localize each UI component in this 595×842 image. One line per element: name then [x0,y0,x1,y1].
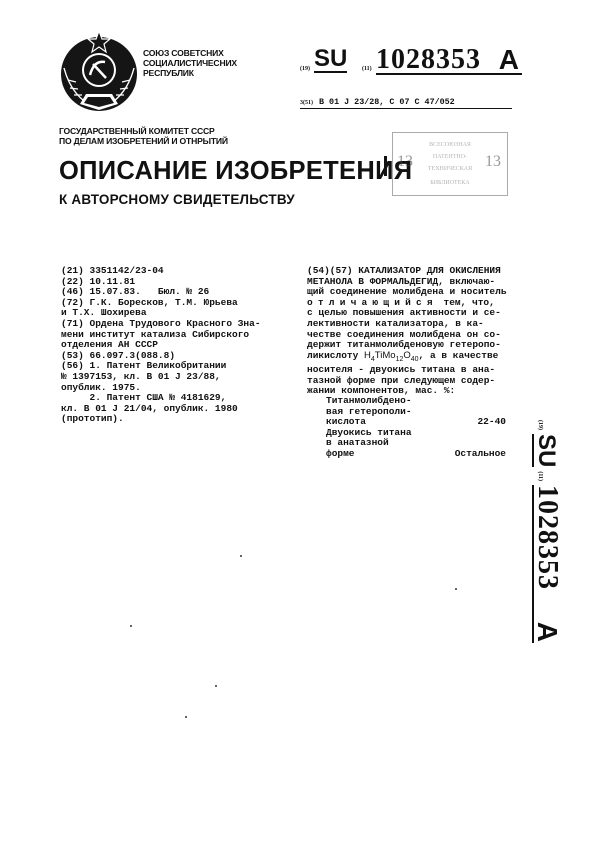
country-code-label: (19) [300,66,310,72]
library-stamp: 13 13 ВСЕСОЮЗНАЯ ПАТЕНТНО- ТЕХНИЧЕСКАЯ Б… [392,132,508,196]
component-name: Двуокись титанав анатазнойформе [326,428,436,460]
country-code-label: (19) [537,420,543,430]
biblio-line: (21) 3351142/23-04 [61,266,301,277]
claim-text: (54)(57) КАТАЛИЗАТОР ДЛЯ ОКИСЛЕНИЯ МЕТАН… [307,266,532,397]
ussr-state-emblem-icon [58,28,140,114]
biblio-line: № 1397153, кл. В 01 J 23/88, [61,372,301,383]
kind-code: A [499,46,520,73]
state-name-line: СОЮЗ СОВЕТСНИХ [143,48,237,58]
state-name: СОЮЗ СОВЕТСНИХ СОЦИАЛИСТИЧЕСНИХ РЕСПУБЛИ… [143,48,237,78]
stamp-text: ВСЕСОЮЗНАЯ [417,142,483,148]
document-title: ОПИСАНИЕ ИЗОБРЕТЕНИЯ [59,156,412,186]
patent-number: 1028353 A [376,46,522,75]
ipc-classes: B 01 J 23/28, C 07 C 47/052 [319,97,455,107]
chemical-formula: H4TiMo12O40 [364,350,419,361]
component-name-line: форме [326,449,436,460]
number-code-label: (11) [537,471,543,481]
state-name-line: СОЦИАЛИСТИЧЕСНИХ [143,58,237,68]
document-subtitle: К АВТОРСНОМУ СВИДЕТЕЛЬСТВУ [59,192,295,207]
stamp-mark [384,156,387,176]
composition-row: Двуокись титанав анатазнойформеОстальное [326,428,526,460]
kind-code: A [534,622,560,643]
composition-table: Титанмолибдено-вая гетерополи-кислота22-… [326,396,526,460]
component-name-line: Титанмолибдено- [326,396,436,407]
claim-fragment: тем, что, [438,297,495,308]
claim-fragment: , а в качестве [419,350,499,361]
committee-line: ГОСУДАРСТВЕННЫЙ КОМИТЕТ СССР [59,126,228,136]
biblio-line: (прототип). [61,414,301,425]
country-code: SU [532,434,558,467]
stamp-text: БИБЛИОТЕКА [417,180,483,186]
stamp-number-left: 13 [397,153,413,171]
patent-number-value: 1028353 [376,44,481,75]
ipc-code-label: 3(51) [300,100,313,106]
number-code-label: (11) [362,66,372,72]
committee-name: ГОСУДАРСТВЕННЫЙ КОМИТЕТ СССР ПО ДЕЛАМ ИЗ… [59,126,228,146]
claim-fragment: ликислоту [307,350,364,361]
ipc-classification: 3(51)B 01 J 23/28, C 07 C 47/052 [300,97,512,109]
side-patent-number: (19) SU (11) 1028353A [530,420,570,665]
component-content: Остальное [455,449,506,460]
stamp-text: ПАТЕНТНО- [417,154,483,160]
distinguishing-word: отличающийся [307,297,438,308]
patent-number: 1028353A [532,485,560,643]
claim-line-formula: ликислоту H4TiMo12O40, а в качестве [307,351,532,365]
stamp-number-right: 13 [485,153,501,171]
claim-line: лективности катализатора, в ка- [307,319,532,330]
patent-number-value: 1028353 [532,485,563,590]
state-name-line: РЕСПУБЛИК [143,68,237,78]
biblio-line: (71) Ордена Трудового Красного Зна- [61,319,301,330]
committee-line: ПО ДЕЛАМ ИЗОБРЕТЕНИЙ И ОТНРЫТИЙ [59,136,228,146]
country-code: SU [314,47,347,73]
bibliographic-data: (21) 3351142/23-04(22) 10.11.81(46) 15.0… [61,266,301,425]
component-content: 22-40 [477,417,506,428]
claim-line: (54)(57) КАТАЛИЗАТОР ДЛЯ ОКИСЛЕНИЯ [307,266,532,277]
composition-row: Титанмолибдено-вая гетерополи-кислота22-… [326,396,526,428]
stamp-text: ТЕХНИЧЕСКАЯ [417,166,483,172]
publication-number-header: (19) SU (11) 1028353 A [300,46,525,80]
component-name: Титанмолибдено-вая гетерополи-кислота [326,396,436,428]
